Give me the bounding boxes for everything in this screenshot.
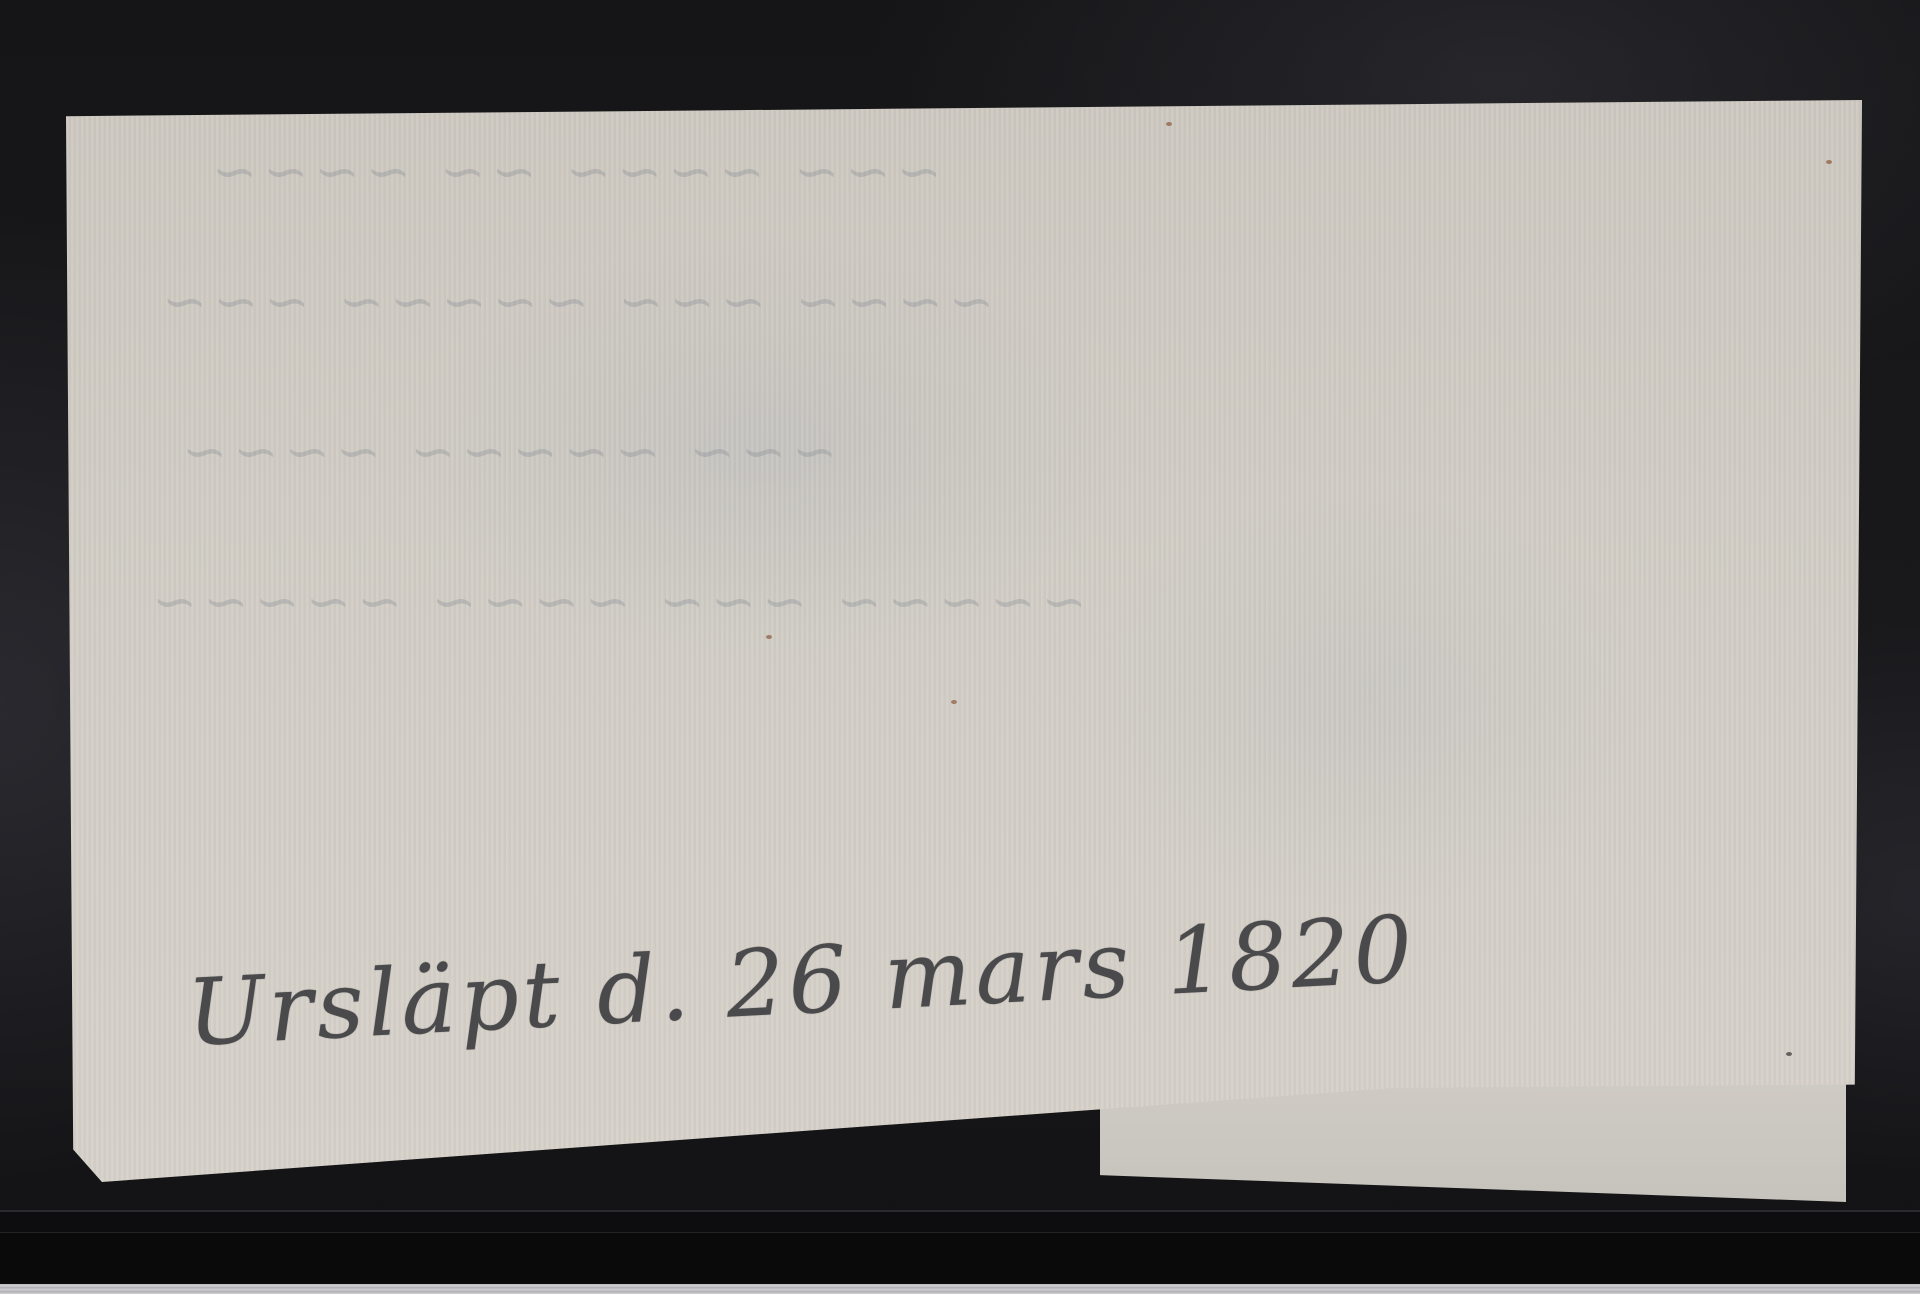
- paper-speck: [1826, 160, 1832, 164]
- paper-speck: [951, 700, 957, 704]
- bleed-through-text: ~~~ ~~~~~ ~~~~: [176, 420, 837, 483]
- paper-speck: [1786, 1052, 1792, 1056]
- paper-speck: [766, 635, 772, 639]
- bleed-through-text: ~~~~ ~~~ ~~~~~ ~~~: [156, 270, 994, 333]
- bleed-through-text: ~~~~~ ~~~ ~~~~ ~~~~~: [146, 570, 1087, 633]
- paper-speck: [1166, 122, 1172, 126]
- bleed-through-text: ~~~ ~~~~ ~~ ~~~~: [206, 140, 942, 203]
- sleeve-bottom-strip: [0, 1284, 1920, 1294]
- sleeve-edge: [0, 1232, 1920, 1285]
- sleeve-edge: [0, 1210, 1920, 1234]
